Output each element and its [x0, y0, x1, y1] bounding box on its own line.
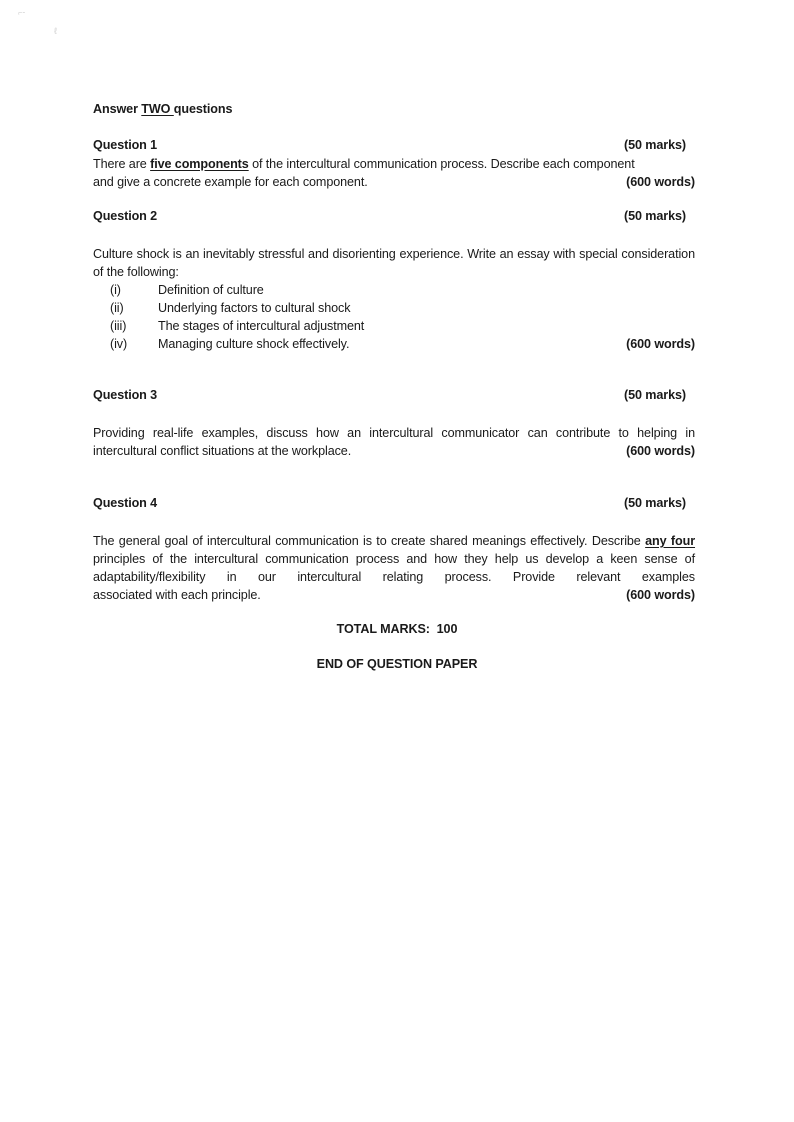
- question-2-header: Question 2 (50 marks): [93, 209, 686, 223]
- question-1-word-count: (600 words): [626, 173, 695, 191]
- instruction-emphasis: TWO: [141, 102, 173, 116]
- question-3-body: Providing real-life examples, discuss ho…: [93, 424, 695, 460]
- question-2-text: Culture shock is an inevitably stressful…: [93, 245, 695, 281]
- instruction-prefix: Answer: [93, 102, 141, 116]
- subitem-number: (iii): [93, 317, 158, 335]
- question-3-word-count: (600 words): [626, 442, 695, 460]
- subitem: (ii) Underlying factors to cultural shoc…: [93, 299, 695, 317]
- question-1-body: There are five components of the intercu…: [93, 155, 695, 191]
- question-1-marks: (50 marks): [624, 138, 686, 152]
- question-4-text-before: The general goal of intercultural commun…: [93, 534, 645, 548]
- instruction-suffix: questions: [174, 102, 233, 116]
- question-4-emphasis: any four: [645, 534, 695, 548]
- subitem: (iv) Managing culture shock effectively.…: [93, 335, 695, 353]
- question-2-body: Culture shock is an inevitably stressful…: [93, 245, 695, 353]
- question-paper-page: ⌐‑ ℓ Answer TWO questions Question 1 (50…: [0, 0, 794, 1122]
- question-4-body: The general goal of intercultural commun…: [93, 532, 695, 604]
- question-4-last-line: associated with each principle. (600 wor…: [93, 586, 695, 604]
- question-1-text-before: There are: [93, 157, 150, 171]
- question-1-last-line: and give a concrete example for each com…: [93, 173, 695, 191]
- subitem: (iii) The stages of intercultural adjust…: [93, 317, 695, 335]
- question-1-text-after: of the intercultural communication proce…: [249, 157, 635, 171]
- question-2-title: Question 2: [93, 209, 157, 223]
- question-4-last-line-text: associated with each principle.: [93, 586, 261, 604]
- subitem-text: Underlying factors to cultural shock: [158, 299, 695, 317]
- question-1-emphasis: five components: [150, 157, 249, 171]
- subitem-number: (iv): [93, 335, 158, 353]
- question-3-text: Providing real-life examples, discuss ho…: [93, 424, 695, 442]
- question-4-header: Question 4 (50 marks): [93, 496, 686, 510]
- question-3-last-line: intercultural conflict situations at the…: [93, 442, 695, 460]
- question-3-last-line-text: intercultural conflict situations at the…: [93, 442, 351, 460]
- question-4-word-count: (600 words): [626, 586, 695, 604]
- question-3-title: Question 3: [93, 388, 157, 402]
- question-4-title: Question 4: [93, 496, 157, 510]
- total-marks: TOTAL MARKS: 100: [0, 622, 794, 636]
- question-2-marks: (50 marks): [624, 209, 686, 223]
- subitem-number: (ii): [93, 299, 158, 317]
- instruction-line: Answer TWO questions: [93, 102, 695, 116]
- question-1-text: There are five components of the intercu…: [93, 155, 695, 173]
- scan-artifact: ⌐‑: [17, 8, 25, 18]
- question-4-marks: (50 marks): [624, 496, 686, 510]
- subitem-number: (i): [93, 281, 158, 299]
- question-2-word-count: (600 words): [626, 335, 695, 353]
- end-of-paper: END OF QUESTION PAPER: [0, 657, 794, 671]
- subitem-text: Definition of culture: [158, 281, 695, 299]
- question-1-last-line-text: and give a concrete example for each com…: [93, 173, 368, 191]
- subitem: (i) Definition of culture: [93, 281, 695, 299]
- question-1-header: Question 1 (50 marks): [93, 138, 686, 152]
- question-3-header: Question 3 (50 marks): [93, 388, 686, 402]
- subitem-text: Managing culture shock effectively.: [158, 335, 626, 353]
- subitem-text: The stages of intercultural adjustment: [158, 317, 695, 335]
- question-4-text-after: principles of the intercultural communic…: [93, 552, 695, 584]
- question-3-marks: (50 marks): [624, 388, 686, 402]
- question-2-subitems: (i) Definition of culture (ii) Underlyin…: [93, 281, 695, 353]
- question-1-title: Question 1: [93, 138, 157, 152]
- question-4-text: The general goal of intercultural commun…: [93, 532, 695, 586]
- scan-artifact: ℓ: [54, 26, 57, 36]
